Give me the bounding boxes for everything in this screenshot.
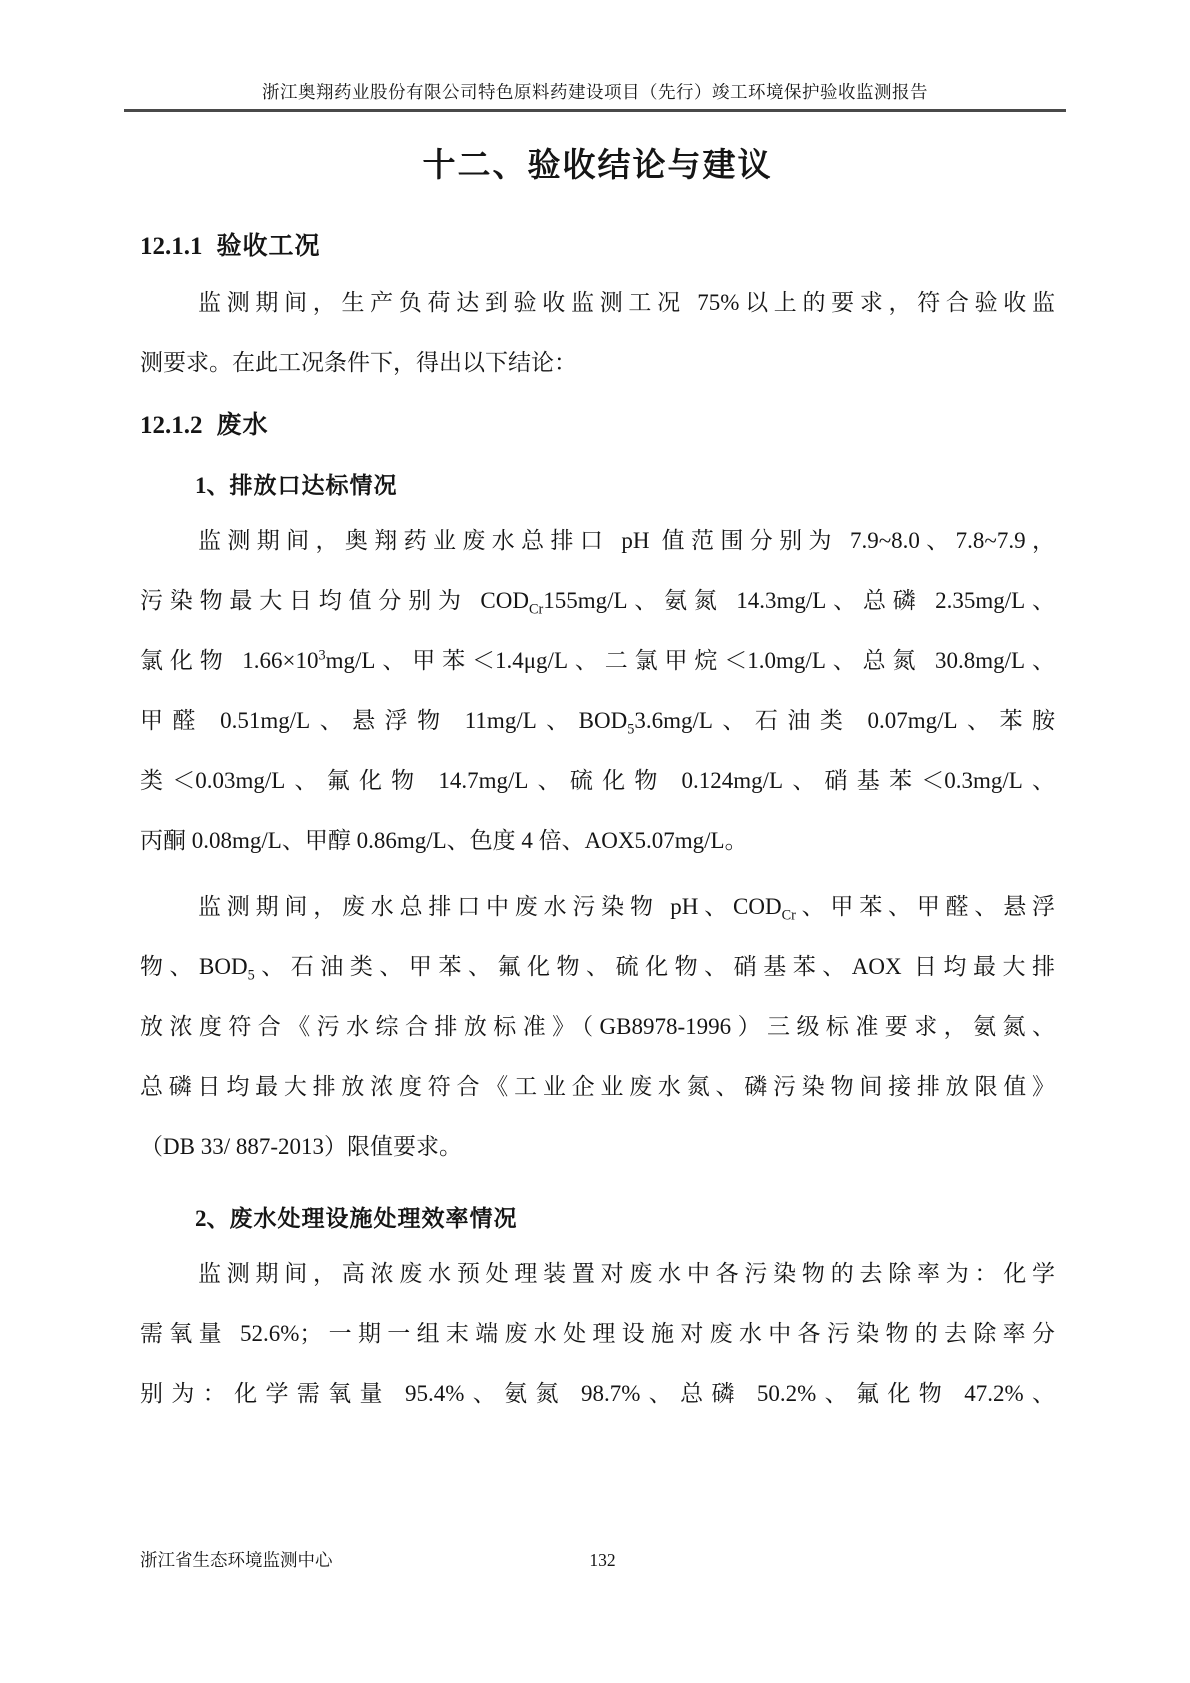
paragraph-outlet-compliance: 监测期间，奥翔药业废水总排口 pH 值范围分别为 7.9~8.0、7.8~7.9… (140, 511, 1055, 871)
subsection-number: 2、 (195, 1206, 230, 1231)
paragraph-line: 类＜0.03mg/L、氟化物 14.7mg/L、硫化物 0.124mg/L、硝基… (140, 751, 1055, 811)
paragraph-standards: 监测期间，废水总排口中废水污染物 pH、CODCr、甲苯、甲醛、悬浮 物、BOD… (140, 877, 1055, 1177)
section-heading-12-1-2: 12.1.2废水 (140, 407, 1055, 444)
paragraph-line: 氯化物 1.66×103mg/L、甲苯＜1.4μg/L、二氯甲烷＜1.0mg/L… (140, 631, 1055, 691)
paragraph-line: 放浓度符合《污水综合排放标准》（GB8978-1996）三级标准要求，氨氮、 (140, 997, 1055, 1057)
subsection-label: 排放口达标情况 (230, 472, 398, 498)
paragraph-line: 甲醛 0.51mg/L、悬浮物 11mg/L、BOD53.6mg/L、石油类 0… (140, 691, 1055, 751)
subsection-heading-2: 2、废水处理设施处理效率情况 (140, 1201, 1055, 1236)
paragraph-line: （DB 33/ 887-2013）限值要求。 (140, 1117, 1055, 1177)
footer-organization: 浙江省生态环境监测中心 (140, 1548, 333, 1572)
header-title: 浙江奥翔药业股份有限公司特色原料药建设项目（先行）竣工环境保护验收监测报告 (0, 80, 1190, 104)
section-number: 12.1.2 (140, 412, 203, 439)
paragraph-workload: 监测期间，生产负荷达到验收监测工况 75%以上的要求，符合验收监 测要求。在此工… (140, 273, 1055, 393)
document-page: 浙江奥翔药业股份有限公司特色原料药建设项目（先行）竣工环境保护验收监测报告 十二… (0, 0, 1190, 1683)
subsection-number: 1、 (195, 473, 230, 498)
paragraph-line: 监测期间，奥翔药业废水总排口 pH 值范围分别为 7.9~8.0、7.8~7.9… (140, 511, 1055, 571)
page-content: 十二、验收结论与建议 12.1.1验收工况 监测期间，生产负荷达到验收监测工况 … (140, 142, 1055, 1424)
paragraph-line: 别为：化学需氧量 95.4%、氨氮 98.7%、总磷 50.2%、氟化物 47.… (140, 1364, 1055, 1424)
subsection-heading-1: 1、排放口达标情况 (140, 468, 1055, 503)
paragraph-line: 需氧量 52.6%；一期一组末端废水处理设施对废水中各污染物的去除率分 (140, 1304, 1055, 1364)
paragraph-line: 污染物最大日均值分别为 CODCr155mg/L、氨氮 14.3mg/L、总磷 … (140, 571, 1055, 631)
paragraph-line: 物、BOD5、石油类、甲苯、氟化物、硫化物、硝基苯、AOX 日均最大排 (140, 937, 1055, 997)
paragraph-line: 丙酮 0.08mg/L、甲醇 0.86mg/L、色度 4 倍、AOX5.07mg… (140, 811, 1055, 871)
paragraph-line: 测要求。在此工况条件下，得出以下结论： (140, 333, 1055, 393)
section-number: 12.1.1 (140, 233, 203, 260)
chapter-title: 十二、验收结论与建议 (140, 142, 1055, 188)
section-heading-12-1-1: 12.1.1验收工况 (140, 228, 1055, 265)
header-rule (124, 109, 1066, 112)
page-footer: 132 浙江省生态环境监测中心 (140, 1548, 1065, 1574)
paragraph-line: 监测期间，生产负荷达到验收监测工况 75%以上的要求，符合验收监 (140, 273, 1055, 333)
paragraph-line: 总磷日均最大排放浓度符合《工业企业废水氮、磷污染物间接排放限值》 (140, 1057, 1055, 1117)
subsection-label: 废水处理设施处理效率情况 (230, 1205, 518, 1231)
section-label: 验收工况 (217, 232, 321, 260)
paragraph-line: 监测期间，高浓废水预处理装置对废水中各污染物的去除率为：化学 (140, 1244, 1055, 1304)
paragraph-line: 监测期间，废水总排口中废水污染物 pH、CODCr、甲苯、甲醛、悬浮 (140, 877, 1055, 937)
paragraph-treatment-efficiency: 监测期间，高浓废水预处理装置对废水中各污染物的去除率为：化学 需氧量 52.6%… (140, 1244, 1055, 1424)
section-label: 废水 (217, 411, 269, 439)
page-header: 浙江奥翔药业股份有限公司特色原料药建设项目（先行）竣工环境保护验收监测报告 (0, 0, 1190, 112)
